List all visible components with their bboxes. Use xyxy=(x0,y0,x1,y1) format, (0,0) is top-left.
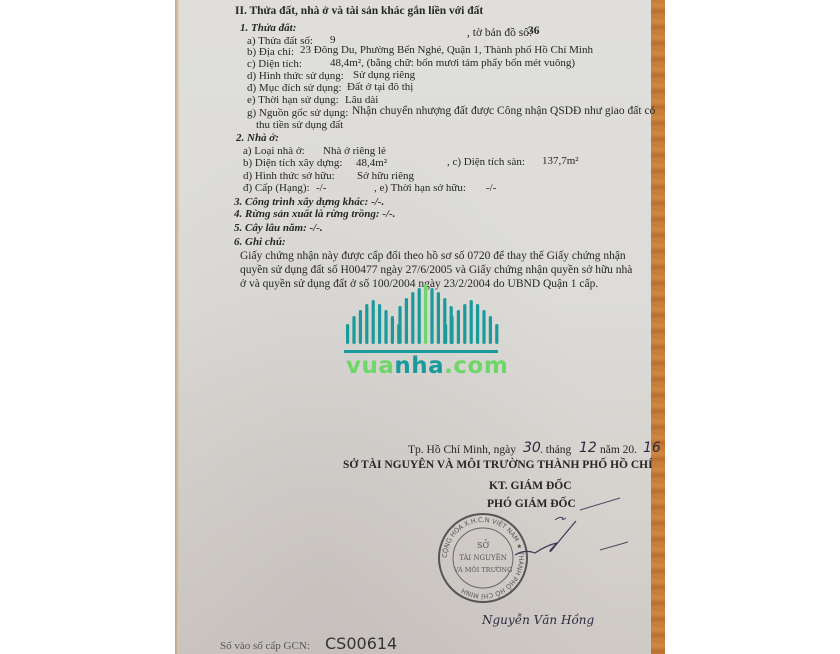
house-heading: 2. Nhà ở: xyxy=(236,132,279,144)
forest: 4. Rừng sản xuất là rừng trồng: -/-. xyxy=(234,208,395,220)
own-term-label: , e) Thời hạn sở hữu: xyxy=(374,182,466,194)
area-value: 48,4m², (bằng chữ: bốn mươi tám phẩy bốn… xyxy=(330,57,575,69)
address-label: b) Địa chỉ: xyxy=(247,46,294,58)
date-day: 30 xyxy=(523,440,541,456)
origin-value-line2: thu tiền sử dụng đất xyxy=(256,119,343,131)
date-prefix: Tp. Hồ Chí Minh, ngày xyxy=(408,444,516,456)
date-year-label: năm 20. xyxy=(600,444,637,456)
map-sheet-label: , tờ bản đồ số: xyxy=(467,27,532,39)
purpose-value: Đất ở tại đô thị xyxy=(347,81,413,93)
grade-value: -/- xyxy=(316,182,326,194)
ownership-label: d) Hình thức sở hữu: xyxy=(243,170,335,182)
use-form-value: Sử dụng riêng xyxy=(353,69,415,81)
gcn-label: Số vào sổ cấp GCN: xyxy=(220,640,310,652)
origin-value-line1: Nhận chuyển nhượng đất được Công nhận QS… xyxy=(352,105,655,117)
use-form-label: d) Hình thức sử dụng: xyxy=(247,70,344,82)
wood-table-edge xyxy=(651,0,665,654)
date-year: 16 xyxy=(643,440,661,456)
section-title: II. Thửa đất, nhà ở và tài sản khác gắn … xyxy=(235,5,483,17)
floor-area-label: , c) Diện tích sàn: xyxy=(447,156,525,168)
watermark-nha: nha xyxy=(394,353,444,379)
watermark-vua: vua xyxy=(346,353,394,379)
floor-area-value: 137,7m² xyxy=(542,155,579,167)
term-label: e) Thời hạn sử dụng: xyxy=(247,94,339,106)
issuing-authority: SỞ TÀI NGUYÊN VÀ MÔI TRƯỜNG THÀNH PHỐ HỒ… xyxy=(343,459,653,471)
perennial: 5. Cây lâu năm: -/-. xyxy=(234,222,323,234)
gcn-value: CS00614 xyxy=(325,634,397,653)
build-area-value: 48,4m² xyxy=(356,157,387,169)
own-term-value: -/- xyxy=(486,182,496,194)
other-construction: 3. Công trình xây dựng khác: -/-. xyxy=(234,196,384,208)
notes-line1: Giấy chứng nhận này được cấp đổi theo hồ… xyxy=(240,250,626,262)
handwritten-signature-icon xyxy=(500,480,630,600)
house-type-label: a) Loại nhà ở: xyxy=(243,145,305,157)
notes-line2: quyền sử dụng đất số H00477 ngày 27/6/20… xyxy=(240,264,632,276)
area-label: c) Diện tích: xyxy=(247,58,302,70)
address-value: 23 Đông Du, Phường Bến Nghé, Quận 1, Thà… xyxy=(300,44,593,56)
ownership-value: Sở hữu riêng xyxy=(357,170,414,182)
land-heading: 1. Thửa đất: xyxy=(240,22,296,34)
watermark-com: .com xyxy=(444,353,508,379)
vuanha-watermark: vuanha.com xyxy=(342,276,500,386)
origin-label: g) Nguồn gốc sử dụng: xyxy=(247,107,348,119)
svg-text:SỞ: SỞ xyxy=(477,540,489,550)
house-type-value: Nhà ở riêng lẻ xyxy=(323,145,386,157)
notes-heading: 6. Ghi chú: xyxy=(234,236,286,248)
build-area-label: b) Diện tích xây dựng: xyxy=(243,157,342,169)
date-month: 12 xyxy=(579,440,597,456)
signer-name: Nguyễn Văn Hồng xyxy=(482,613,594,627)
purpose-label: đ) Mục đích sử dụng: xyxy=(247,82,342,94)
date-month-label: . tháng xyxy=(540,444,571,456)
map-sheet-value: 36 xyxy=(528,25,540,37)
grade-label: đ) Cấp (Hạng): xyxy=(243,182,310,194)
